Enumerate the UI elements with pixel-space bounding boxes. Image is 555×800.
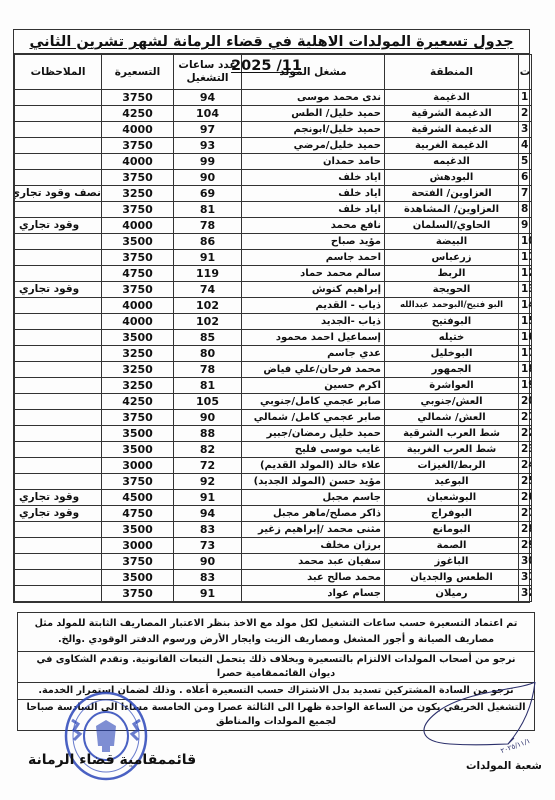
- row-price: 4250: [102, 106, 174, 122]
- row-index: 6: [519, 170, 532, 186]
- row-region: البو فتيح/البوحمد عبدالله: [385, 298, 519, 314]
- row-region: البوخليل: [385, 346, 519, 362]
- row-operator: صابر عجمي كامل/جنوبي: [242, 394, 385, 410]
- row-notes: [15, 330, 102, 346]
- row-notes: [15, 554, 102, 570]
- row-notes: نصف وقود تجاري: [15, 186, 102, 202]
- row-index: 24: [519, 458, 532, 474]
- row-notes: [15, 346, 102, 362]
- row-region: البوشعبان: [385, 490, 519, 506]
- row-notes: [15, 234, 102, 250]
- row-hours: 78: [174, 362, 242, 378]
- table-row: 15البوفتيحذياب -الجديد1024000: [15, 314, 532, 330]
- row-operator: اكرم حسين: [242, 378, 385, 394]
- row-price: 3500: [102, 426, 174, 442]
- row-region: رميلان: [385, 586, 519, 602]
- row-price: 3750: [102, 202, 174, 218]
- table-row: 18الجمهورمحمد فرحان/علي فياض783250: [15, 362, 532, 378]
- row-region: الجمهور: [385, 362, 519, 378]
- row-index: 30: [519, 554, 532, 570]
- row-hours: 102: [174, 298, 242, 314]
- row-operator: صابر عجمي كامل/ شمالي: [242, 410, 385, 426]
- row-index: 4: [519, 138, 532, 154]
- row-region: الربط/الغيزات: [385, 458, 519, 474]
- row-notes: [15, 570, 102, 586]
- row-notes: وقود تجاري: [15, 282, 102, 298]
- row-hours: 90: [174, 410, 242, 426]
- row-price: 3750: [102, 90, 174, 106]
- header-index: ت: [519, 55, 532, 90]
- row-hours: 86: [174, 234, 242, 250]
- row-index: 12: [519, 266, 532, 282]
- header-price: التسعيرة: [102, 55, 174, 90]
- row-price: 3750: [102, 170, 174, 186]
- table-row: 30الباغوزسفيان عبد محمد903750: [15, 554, 532, 570]
- row-region: الدغيمة الشرقية: [385, 106, 519, 122]
- row-notes: [15, 90, 102, 106]
- row-notes: [15, 122, 102, 138]
- table-row: 29الصمةبرزان مخلف733000: [15, 538, 532, 554]
- row-region: شط العرب الشرقية: [385, 426, 519, 442]
- row-notes: [15, 538, 102, 554]
- row-notes: [15, 442, 102, 458]
- row-operator: جسام عواد: [242, 586, 385, 602]
- row-region: ختيله: [385, 330, 519, 346]
- table-row: 7العزاوين/ الفتحةاياد خلف693250نصف وقود …: [15, 186, 532, 202]
- table-row: 8العزاوين/ المشاهدةاياد خلف813750: [15, 202, 532, 218]
- row-price: 3250: [102, 362, 174, 378]
- row-hours: 83: [174, 570, 242, 586]
- row-notes: [15, 106, 102, 122]
- table-row: 23شط العرب الغربيةغايب موسى فليح823500: [15, 442, 532, 458]
- row-price: 3250: [102, 346, 174, 362]
- row-price: 3500: [102, 234, 174, 250]
- row-index: 20: [519, 394, 532, 410]
- row-notes: وقود تجاري: [15, 490, 102, 506]
- row-notes: [15, 314, 102, 330]
- row-index: 22: [519, 426, 532, 442]
- table-row: 24الربط/الغيزاتعلاء خالد (المولد القديم)…: [15, 458, 532, 474]
- row-price: 3750: [102, 282, 174, 298]
- row-index: 2: [519, 106, 532, 122]
- row-notes: [15, 298, 102, 314]
- row-operator: مؤيد حسن (المولد الجديد): [242, 474, 385, 490]
- row-notes: [15, 266, 102, 282]
- row-notes: [15, 362, 102, 378]
- row-notes: [15, 426, 102, 442]
- row-operator: حميد خليل/مرضي: [242, 138, 385, 154]
- row-index: 7: [519, 186, 532, 202]
- row-price: 4750: [102, 266, 174, 282]
- row-operator: جاسم مجبل: [242, 490, 385, 506]
- signature-caption: شعبة المولدات: [466, 760, 542, 772]
- row-operator: إسماعيل احمد محمود: [242, 330, 385, 346]
- row-operator: ذياب - القديم: [242, 298, 385, 314]
- row-price: 4750: [102, 506, 174, 522]
- row-notes: [15, 250, 102, 266]
- row-index: 21: [519, 410, 532, 426]
- row-price: 4000: [102, 122, 174, 138]
- row-operator: غايب موسى فليح: [242, 442, 385, 458]
- row-hours: 91: [174, 250, 242, 266]
- row-price: 3750: [102, 554, 174, 570]
- row-region: الدغيمة الشرقية: [385, 122, 519, 138]
- row-operator: علاء خالد (المولد القديم): [242, 458, 385, 474]
- row-operator: سالم محمد حماد: [242, 266, 385, 282]
- table-row: 11زرعباساحمد جاسم913750: [15, 250, 532, 266]
- row-price: 4000: [102, 154, 174, 170]
- table-row: 16ختيلهإسماعيل احمد محمود853500: [15, 330, 532, 346]
- row-price: 3000: [102, 458, 174, 474]
- row-hours: 91: [174, 490, 242, 506]
- row-region: الباغوز: [385, 554, 519, 570]
- row-index: 1: [519, 90, 532, 106]
- document-page: جدول تسعيرة المولدات الاهلية في قضاء الر…: [0, 0, 555, 800]
- table-row: 26البوشعبانجاسم مجبل914500وقود تجاري: [15, 490, 532, 506]
- row-region: العش/جنوبي: [385, 394, 519, 410]
- row-hours: 83: [174, 522, 242, 538]
- note-owners-compliance: نرجو من أصحاب المولدات الالتزام بالتسعير…: [18, 652, 534, 683]
- row-region: العش/ شمالي: [385, 410, 519, 426]
- row-hours: 90: [174, 170, 242, 186]
- row-operator: إبراهيم كنوش: [242, 282, 385, 298]
- table-row: 28البومانعمثنى محمد /إبراهيم زغير833500: [15, 522, 532, 538]
- row-index: 26: [519, 490, 532, 506]
- row-hours: 105: [174, 394, 242, 410]
- row-operator: محمد صالح عبد: [242, 570, 385, 586]
- row-operator: سفيان عبد محمد: [242, 554, 385, 570]
- row-price: 3750: [102, 586, 174, 602]
- row-hours: 119: [174, 266, 242, 282]
- row-hours: 93: [174, 138, 242, 154]
- row-operator: محمد فرحان/علي فياض: [242, 362, 385, 378]
- row-index: 28: [519, 522, 532, 538]
- row-index: 25: [519, 474, 532, 490]
- row-region: الدغيمة الغربية: [385, 138, 519, 154]
- row-region: البوفراج: [385, 506, 519, 522]
- row-region: البيضة: [385, 234, 519, 250]
- table-row: 4الدغيمة الغربيةحميد خليل/مرضي933750: [15, 138, 532, 154]
- row-hours: 81: [174, 378, 242, 394]
- row-notes: [15, 378, 102, 394]
- row-notes: [15, 458, 102, 474]
- row-notes: [15, 138, 102, 154]
- table-row: 9الحاوي/السلماننافع محمد784000وقود تجاري: [15, 218, 532, 234]
- table-row: 31الطعس والجديانمحمد صالح عبد833500: [15, 570, 532, 586]
- row-hours: 92: [174, 474, 242, 490]
- row-operator: مثنى محمد /إبراهيم زغير: [242, 522, 385, 538]
- row-operator: نافع محمد: [242, 218, 385, 234]
- row-hours: 74: [174, 282, 242, 298]
- row-operator: ندى محمد موسى: [242, 90, 385, 106]
- row-notes: [15, 202, 102, 218]
- row-index: 10: [519, 234, 532, 250]
- row-operator: برزان مخلف: [242, 538, 385, 554]
- row-price: 3750: [102, 250, 174, 266]
- row-hours: 94: [174, 506, 242, 522]
- row-region: العواشرة: [385, 378, 519, 394]
- table-body: 1الدغيمةندى محمد موسى9437502الدغيمة الشر…: [15, 90, 532, 602]
- row-index: 31: [519, 570, 532, 586]
- row-operator: مؤيد صباح: [242, 234, 385, 250]
- table-row: 17البوخليلعدي جاسم803250: [15, 346, 532, 362]
- row-hours: 91: [174, 586, 242, 602]
- table-row: 14البو فتيح/البوحمد عبداللهذياب - القديم…: [15, 298, 532, 314]
- row-hours: 88: [174, 426, 242, 442]
- row-price: 4500: [102, 490, 174, 506]
- row-hours: 81: [174, 202, 242, 218]
- row-region: البوعيد: [385, 474, 519, 490]
- table-row: 19العواشرةاكرم حسين813250: [15, 378, 532, 394]
- row-region: البومانع: [385, 522, 519, 538]
- row-region: الدغيمة: [385, 90, 519, 106]
- row-index: 3: [519, 122, 532, 138]
- row-notes: [15, 586, 102, 602]
- row-notes: [15, 170, 102, 186]
- row-notes: [15, 522, 102, 538]
- row-index: 29: [519, 538, 532, 554]
- row-region: الحويجة: [385, 282, 519, 298]
- table-row: 5الدغيمهحامد حمدان994000: [15, 154, 532, 170]
- row-operator: ذياب -الجديد: [242, 314, 385, 330]
- row-price: 3750: [102, 138, 174, 154]
- table-row: 10البيضةمؤيد صباح863500: [15, 234, 532, 250]
- row-operator: حميد خليل/ابونجم: [242, 122, 385, 138]
- row-operator: اياد خلف: [242, 170, 385, 186]
- table-row: 25البوعيدمؤيد حسن (المولد الجديد)923750: [15, 474, 532, 490]
- title-text: جدول تسعيرة المولدات الاهلية في قضاء الر…: [29, 34, 513, 50]
- row-notes: [15, 410, 102, 426]
- row-index: 8: [519, 202, 532, 218]
- row-operator: احمد جاسم: [242, 250, 385, 266]
- row-index: 27: [519, 506, 532, 522]
- row-price: 4250: [102, 394, 174, 410]
- row-hours: 72: [174, 458, 242, 474]
- table-row: 32رميلانجسام عواد913750: [15, 586, 532, 602]
- row-operator: حميد خليل/ الطس: [242, 106, 385, 122]
- row-price: 4000: [102, 218, 174, 234]
- row-price: 3500: [102, 570, 174, 586]
- row-hours: 69: [174, 186, 242, 202]
- table-row: 21العش/ شماليصابر عجمي كامل/ شمالي903750: [15, 410, 532, 426]
- row-hours: 104: [174, 106, 242, 122]
- row-hours: 90: [174, 554, 242, 570]
- row-region: الدغيمه: [385, 154, 519, 170]
- row-index: 13: [519, 282, 532, 298]
- table-row: 2الدغيمة الشرقيةحميد خليل/ الطس1044250: [15, 106, 532, 122]
- row-region: الربط: [385, 266, 519, 282]
- row-hours: 97: [174, 122, 242, 138]
- row-price: 3750: [102, 474, 174, 490]
- row-index: 18: [519, 362, 532, 378]
- table-row: 12الربطسالم محمد حماد1194750: [15, 266, 532, 282]
- row-hours: 82: [174, 442, 242, 458]
- row-hours: 73: [174, 538, 242, 554]
- table-row: 3الدغيمة الشرقيةحميد خليل/ابونجم974000: [15, 122, 532, 138]
- row-price: 3500: [102, 442, 174, 458]
- table-row: 22شط العرب الشرقيةحميد خليل رمضان/جبير88…: [15, 426, 532, 442]
- generator-pricing-table: ت المنطقة مشغل المولد عدد ساعات التشغيل …: [14, 54, 532, 602]
- row-region: زرعباس: [385, 250, 519, 266]
- row-operator: حامد حمدان: [242, 154, 385, 170]
- row-index: 5: [519, 154, 532, 170]
- row-notes: وقود تجاري: [15, 506, 102, 522]
- table-row: 20العش/جنوبيصابر عجمي كامل/جنوبي1054250: [15, 394, 532, 410]
- row-region: البودهش: [385, 170, 519, 186]
- pricing-table-container: جدول تسعيرة المولدات الاهلية في قضاء الر…: [13, 29, 530, 603]
- row-price: 4000: [102, 298, 174, 314]
- row-index: 9: [519, 218, 532, 234]
- table-row: 27البوفراجذاكر مصلح/ماهر مجبل944750وقود …: [15, 506, 532, 522]
- row-hours: 99: [174, 154, 242, 170]
- row-operator: عدي جاسم: [242, 346, 385, 362]
- row-hours: 85: [174, 330, 242, 346]
- row-notes: وقود تجاري: [15, 218, 102, 234]
- row-index: 11: [519, 250, 532, 266]
- row-hours: 80: [174, 346, 242, 362]
- row-index: 15: [519, 314, 532, 330]
- seal-caption: قائممقامية قضاء الرمانة: [28, 752, 196, 768]
- row-operator: ذاكر مصلح/ماهر مجبل: [242, 506, 385, 522]
- row-price: 3500: [102, 522, 174, 538]
- row-notes: [15, 394, 102, 410]
- table-row: 6البودهشاياد خلف903750: [15, 170, 532, 186]
- table-row: 13الحويجةإبراهيم كنوش743750وقود تجاري: [15, 282, 532, 298]
- row-index: 14: [519, 298, 532, 314]
- row-operator: اياد خلف: [242, 202, 385, 218]
- row-price: 3250: [102, 186, 174, 202]
- row-region: الحاوي/السلمان: [385, 218, 519, 234]
- row-price: 3250: [102, 378, 174, 394]
- header-region: المنطقة: [385, 55, 519, 90]
- row-index: 23: [519, 442, 532, 458]
- row-index: 32: [519, 586, 532, 602]
- document-title: جدول تسعيرة المولدات الاهلية في قضاء الر…: [14, 30, 529, 54]
- row-index: 16: [519, 330, 532, 346]
- row-price: 4000: [102, 314, 174, 330]
- row-hours: 94: [174, 90, 242, 106]
- row-price: 3750: [102, 410, 174, 426]
- row-notes: [15, 154, 102, 170]
- row-hours: 102: [174, 314, 242, 330]
- official-seal-icon: [62, 690, 150, 782]
- row-region: العزاوين/ المشاهدة: [385, 202, 519, 218]
- row-price: 3500: [102, 330, 174, 346]
- row-index: 17: [519, 346, 532, 362]
- row-hours: 78: [174, 218, 242, 234]
- row-operator: اياد خلف: [242, 186, 385, 202]
- row-region: شط العرب الغربية: [385, 442, 519, 458]
- row-region: الطعس والجديان: [385, 570, 519, 586]
- table-row: 1الدغيمةندى محمد موسى943750: [15, 90, 532, 106]
- row-region: الصمة: [385, 538, 519, 554]
- row-price: 3000: [102, 538, 174, 554]
- row-region: العزاوين/ الفتحة: [385, 186, 519, 202]
- header-notes: الملاحظات: [15, 55, 102, 90]
- row-index: 19: [519, 378, 532, 394]
- note-pricing-basis: تم اعتماد التسعيرة حسب ساعات التشغيل لكل…: [18, 613, 534, 652]
- row-operator: حميد خليل رمضان/جبير: [242, 426, 385, 442]
- row-notes: [15, 474, 102, 490]
- row-region: البوفتيح: [385, 314, 519, 330]
